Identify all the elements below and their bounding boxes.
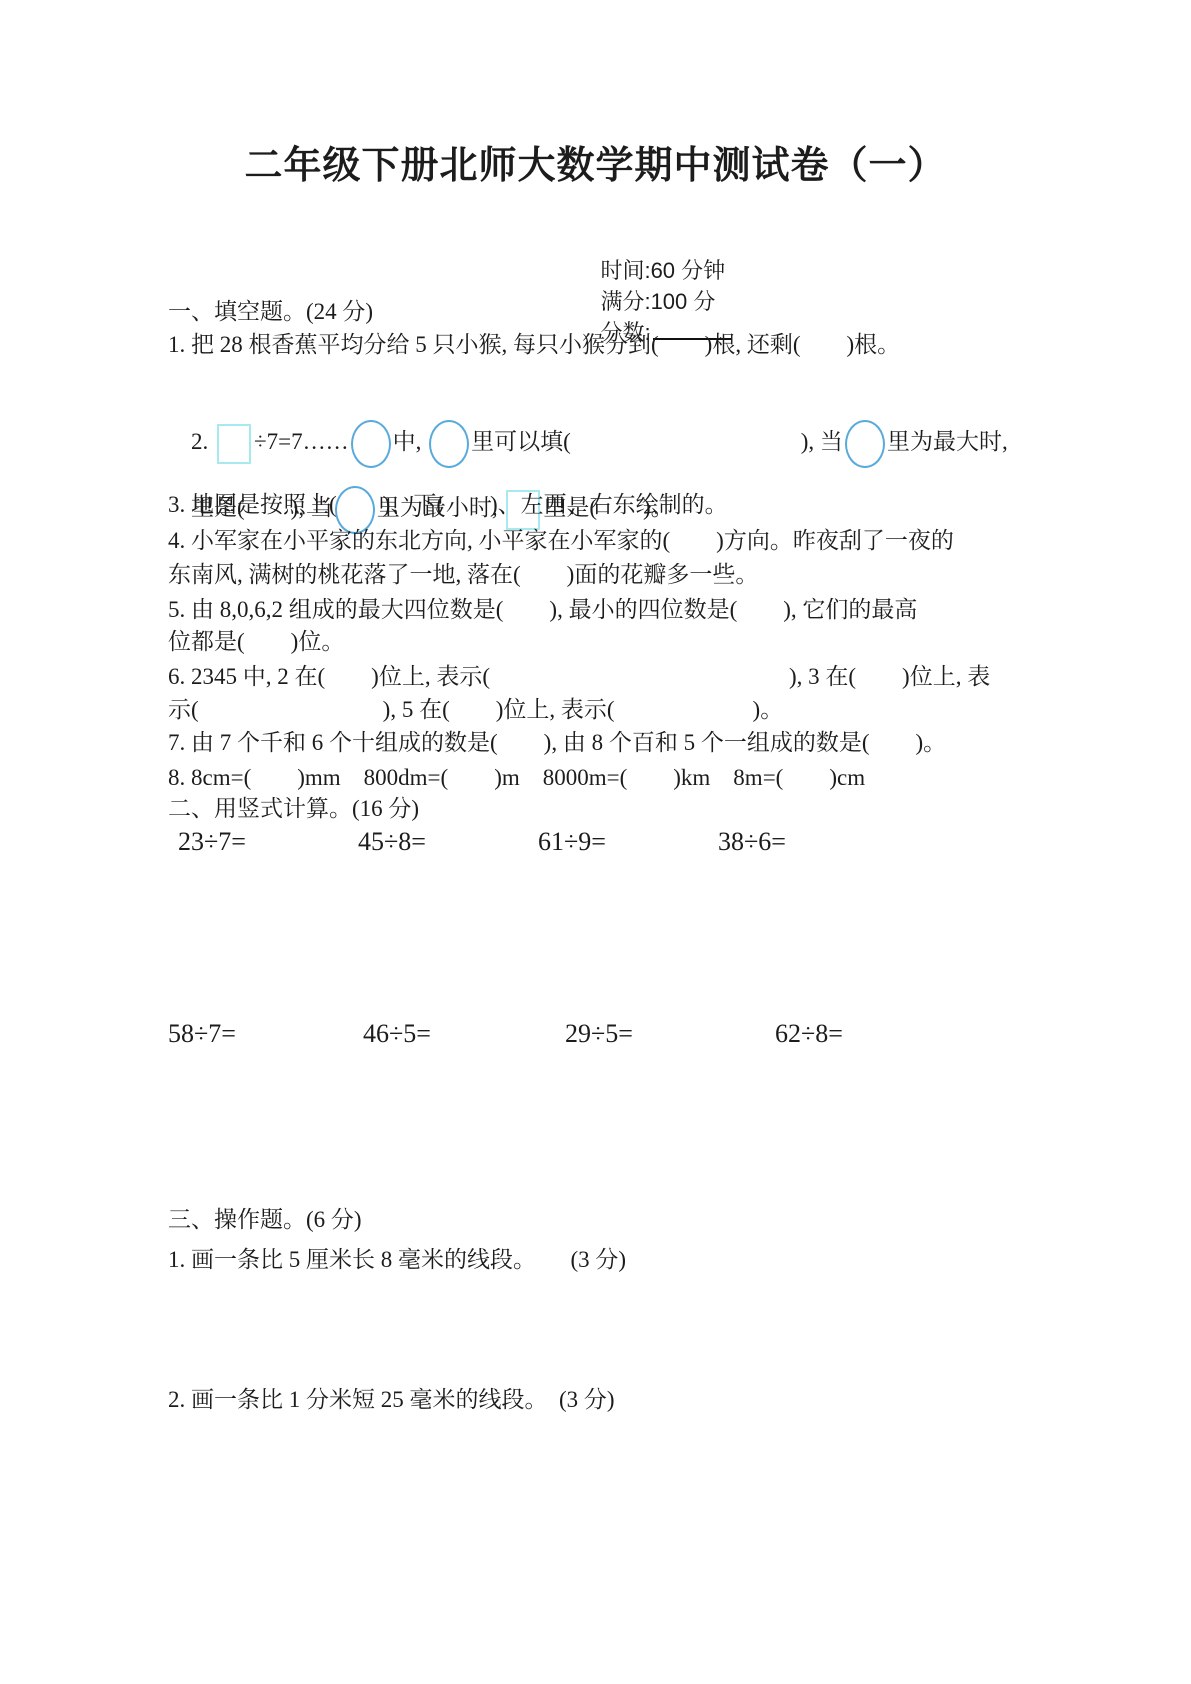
- calc-expression: 45÷8=: [358, 827, 426, 857]
- time-limit: 时间:60 分钟: [600, 258, 725, 283]
- operation-question-1: 1. 画一条比 5 厘米长 8 毫米的线段。 (3 分): [168, 1243, 626, 1276]
- full-score: 满分:100 分: [600, 289, 715, 314]
- calc-expression: 38÷6=: [718, 827, 786, 857]
- fill-question-6-line2: 示( ), 5 在( )位上, 表示( )。: [168, 693, 783, 726]
- fill-question-3: 3. 地图是按照上( )、下( )、左西、右东绘制的。: [168, 488, 728, 521]
- calc-expression: 23÷7=: [178, 827, 246, 857]
- section3-heading: 三、操作题。(6 分): [168, 1203, 362, 1236]
- fill-question-5-line1: 5. 由 8,0,6,2 组成的最大四位数是( ), 最小的四位数是( ), 它…: [168, 593, 917, 626]
- test-paper-page: 二年级下册北师大数学期中测试卷（一） 时间:60 分钟 满分:100 分 分数:…: [0, 0, 1191, 1684]
- page-title: 二年级下册北师大数学期中测试卷（一）: [0, 134, 1191, 189]
- fill-question-4-line2: 东南风, 满树的桃花落了一地, 落在( )面的花瓣多一些。: [168, 558, 758, 591]
- calc-expression: 58÷7=: [168, 1019, 236, 1049]
- operation-question-2: 2. 画一条比 1 分米短 25 毫米的线段。 (3 分): [168, 1383, 615, 1416]
- calc-expression: 46÷5=: [363, 1019, 431, 1049]
- section2-heading: 二、用竖式计算。(16 分): [168, 792, 419, 825]
- fill-question-5-line2: 位都是( )位。: [168, 625, 344, 658]
- fill-question-1: 1. 把 28 根香蕉平均分给 5 只小猴, 每只小猴分到( )根, 还剩( )…: [168, 328, 900, 361]
- calc-expression: 62÷8=: [775, 1019, 843, 1049]
- calc-expression: 29÷5=: [565, 1019, 633, 1049]
- q2-text-4: 里为最大时,: [887, 429, 1008, 454]
- circle-placeholder-icon: [845, 420, 885, 468]
- calc-row-1: 23÷7= 45÷8= 61÷9= 38÷6=: [168, 827, 1068, 867]
- fill-question-7: 7. 由 7 个千和 6 个十组成的数是( ), 由 8 个百和 5 个一组成的…: [168, 726, 946, 759]
- section1-heading: 一、填空题。(24 分): [168, 295, 373, 328]
- fill-question-4-line1: 4. 小军家在小平家的东北方向, 小平家在小军家的( )方向。昨夜刮了一夜的: [168, 524, 954, 557]
- calc-row-2: 58÷7= 46÷5= 29÷5= 62÷8=: [168, 1019, 1068, 1059]
- fill-question-8: 8. 8cm=( )mm 800dm=( )m 8000m=( )km 8m=(…: [168, 761, 865, 794]
- calc-expression: 61÷9=: [538, 827, 606, 857]
- fill-question-6-line1: 6. 2345 中, 2 在( )位上, 表示( ), 3 在( )位上, 表: [168, 660, 990, 693]
